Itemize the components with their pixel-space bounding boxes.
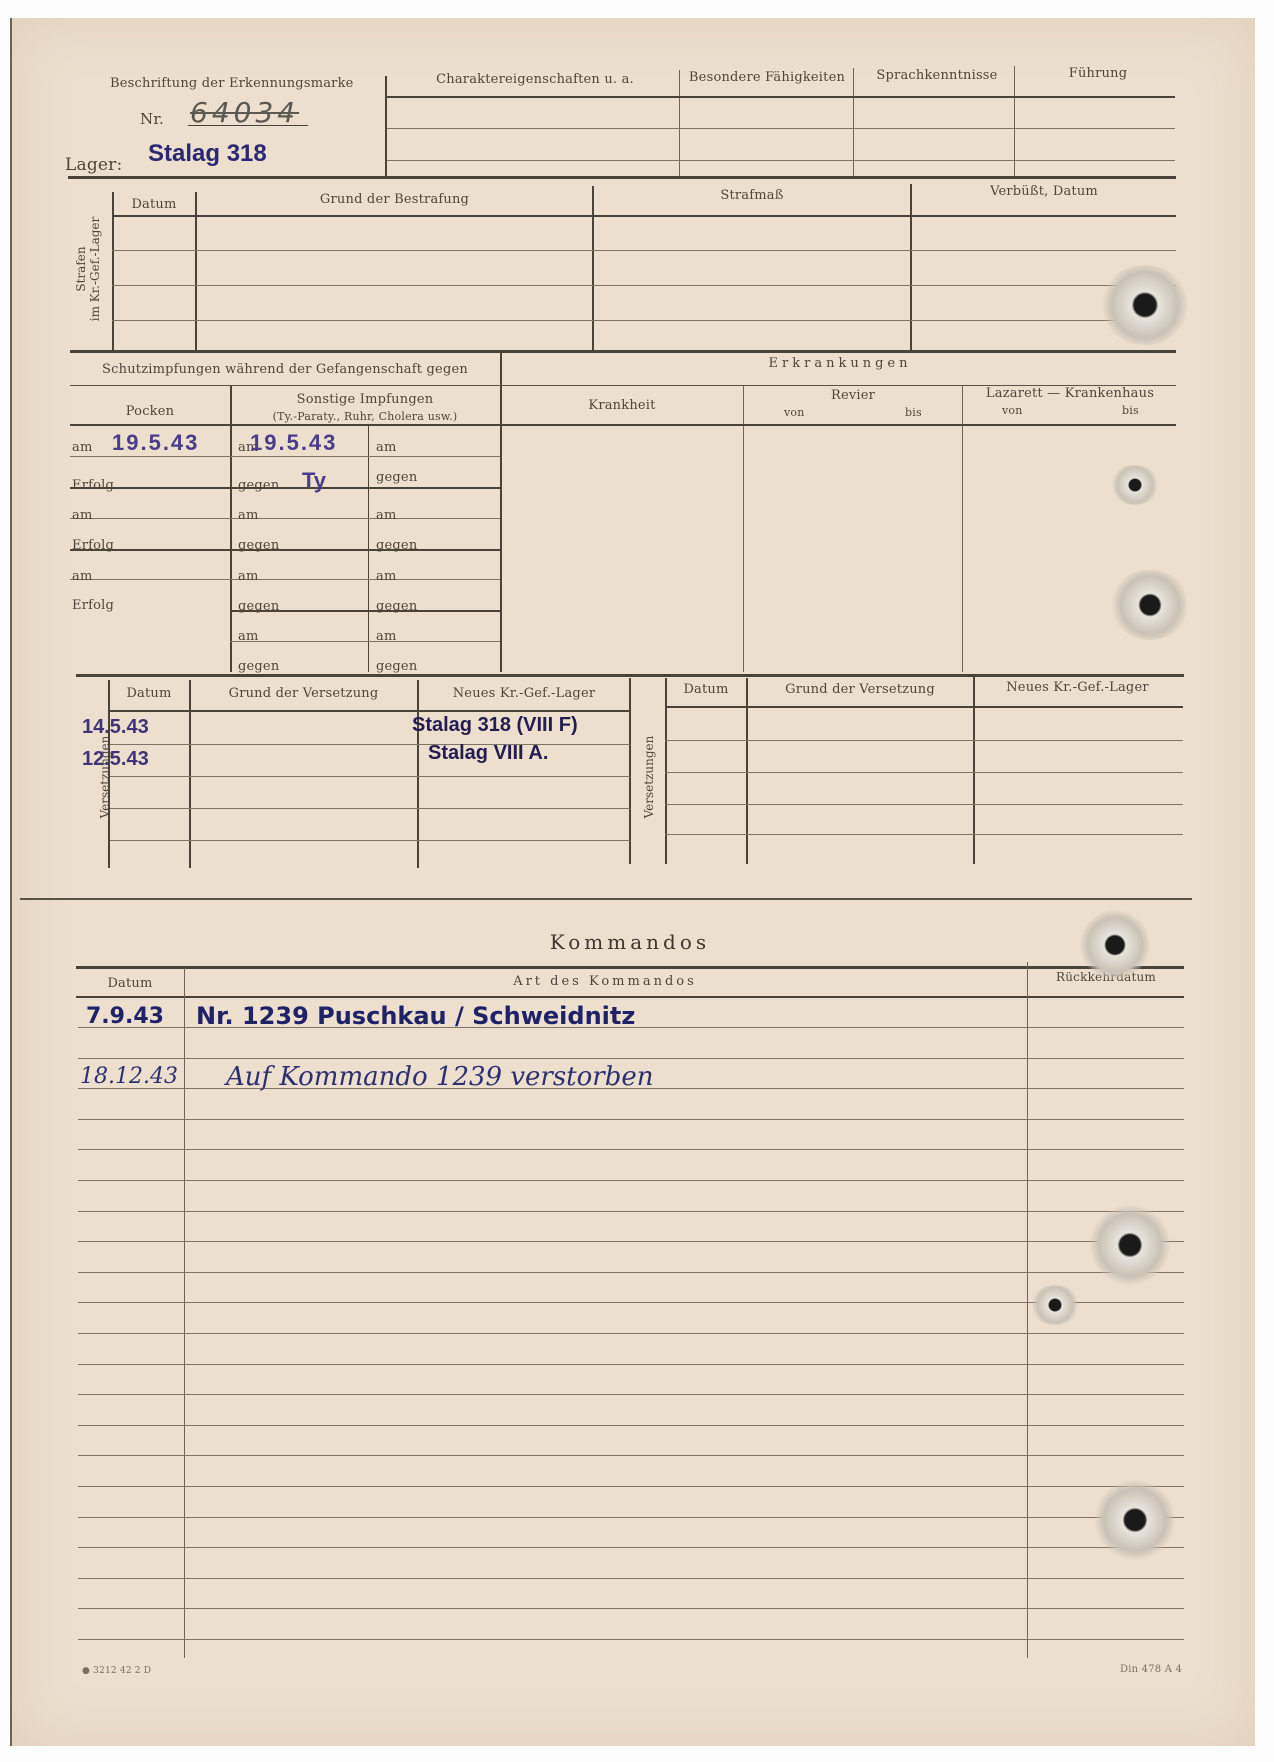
punishments-side-label: Strafenim Kr.-Gef.-Lager	[74, 209, 102, 329]
rule	[78, 1333, 1184, 1334]
transfer-date-stamp: 12.5.43	[82, 748, 149, 771]
vacc-b-row-label: am	[376, 508, 396, 523]
rule	[76, 966, 1184, 969]
rule	[78, 1364, 1184, 1365]
divider	[230, 386, 232, 672]
rule	[78, 1302, 1184, 1303]
divider	[743, 386, 744, 672]
rule	[110, 776, 630, 777]
transfer2-col-datum: Datum	[667, 682, 745, 697]
col-datum: Datum	[114, 197, 194, 212]
rule	[112, 320, 1176, 321]
divider	[910, 184, 912, 352]
vacc-b-row-label: am	[376, 569, 396, 584]
vacc-a-row-label: am	[238, 569, 258, 584]
transfer-col-reason: Grund der Versetzung	[191, 686, 416, 701]
vacc-a-type-stamp: Ty	[302, 468, 326, 494]
kommando-type: Auf Kommando 1239 verstorben	[226, 1062, 654, 1092]
rule	[78, 1119, 1184, 1120]
rule	[78, 1058, 1184, 1059]
rule	[110, 840, 630, 841]
rule	[78, 1272, 1184, 1273]
rule	[78, 1241, 1184, 1242]
pocken-row-label: am	[72, 508, 92, 523]
rule	[70, 456, 500, 457]
damage-hole	[1090, 1205, 1170, 1285]
rule	[70, 487, 500, 489]
kommando-col-datum: Datum	[78, 976, 182, 991]
kommando-date: 18.12.43	[80, 1064, 178, 1089]
vacc-a-row-label: am	[238, 629, 258, 644]
header-abilities: Besondere Fähigkeiten	[682, 70, 852, 85]
header-character: Charaktereigenschaften u. a.	[395, 72, 675, 87]
lager-label: Lager:	[65, 155, 122, 175]
rule	[387, 96, 1175, 98]
pocken-row-label: am	[72, 440, 92, 455]
vacc-b-row-label: am	[376, 440, 396, 455]
rule	[110, 808, 630, 809]
vacc-b-row-label: gegen	[376, 538, 417, 553]
lazarett-from: von	[1002, 404, 1023, 417]
divider	[853, 68, 854, 178]
lazarett-to: bis	[1122, 404, 1139, 417]
damage-hole	[1030, 1285, 1080, 1325]
pocken-date-stamp: 19.5.43	[112, 430, 199, 456]
pocken-row-label: Erfolg	[72, 538, 114, 553]
header-languages: Sprachkenntnisse	[857, 68, 1017, 83]
damage-hole	[1110, 570, 1190, 640]
rule	[76, 996, 1184, 998]
pocken-row-label: Erfolg	[72, 598, 114, 613]
transfer-date-stamp: 14.5.43	[82, 716, 149, 739]
rule	[112, 215, 1176, 217]
col-illness: Krankheit	[502, 398, 742, 413]
divider	[184, 968, 185, 1658]
rule	[70, 350, 1176, 353]
rule	[78, 1211, 1184, 1212]
rule	[70, 424, 1176, 426]
transfer-camp-stamp: Stalag VIII A.	[428, 742, 548, 765]
rule	[78, 1455, 1184, 1456]
damage-hole	[1095, 1480, 1175, 1560]
divider	[679, 70, 680, 178]
pocken-row-label: Erfolg	[72, 478, 114, 493]
rule	[78, 1517, 1184, 1518]
rule	[112, 285, 1176, 286]
rule	[76, 674, 1184, 677]
rule	[230, 641, 500, 642]
vacc-b-row-label: gegen	[376, 659, 417, 674]
kommando-type: Nr. 1239 Puschkau / Schweidnitz	[196, 1002, 635, 1030]
col-served: Verbüßt, Datum	[912, 184, 1176, 199]
transfers-side-label-right: Versetzungen	[642, 722, 656, 832]
divider	[629, 678, 631, 864]
vaccinations-title: Schutzimpfungen während der Gefangenscha…	[75, 362, 495, 377]
id-tag-label: Beschriftung der Erkennungsmarke	[110, 76, 354, 91]
rule	[78, 1639, 1184, 1640]
vacc-b-row-label: gegen	[376, 599, 417, 614]
col-reason: Grund der Bestrafung	[197, 192, 592, 207]
kommando-col-type: Art des Kommandos	[185, 974, 1025, 989]
transfer-col-datum: Datum	[110, 686, 188, 701]
rule	[665, 834, 1183, 835]
rule	[68, 176, 1176, 179]
transfer-camp-stamp: Stalag 318 (VIII F)	[412, 714, 578, 737]
rule	[110, 744, 630, 745]
damage-hole	[1100, 265, 1190, 345]
kommando-date: 7.9.43	[86, 1004, 164, 1029]
damage-hole	[1110, 465, 1160, 505]
rule	[78, 1486, 1184, 1487]
col-revier: Revier	[745, 388, 961, 403]
illnesses-title: Erkrankungen	[505, 356, 1175, 371]
rule	[110, 710, 630, 712]
rule	[78, 1180, 1184, 1181]
rule	[665, 706, 1183, 708]
vacc-a-row-label: gegen	[238, 478, 279, 493]
rule	[70, 549, 500, 551]
nr-strike-line	[188, 125, 308, 126]
divider	[1027, 962, 1028, 1658]
revier-from: von	[784, 406, 805, 419]
divider	[962, 386, 963, 672]
col-measure: Strafmaß	[594, 188, 910, 203]
fold-line	[20, 898, 1192, 900]
rule	[78, 1394, 1184, 1395]
vacc-a-row-label: gegen	[238, 599, 279, 614]
rule	[70, 579, 500, 580]
vacc-b-row-label: am	[376, 629, 396, 644]
transfer2-col-reason: Grund der Versetzung	[748, 682, 972, 697]
vacc-b-row-label: gegen	[376, 470, 417, 485]
rule	[70, 518, 500, 519]
transfer2-col-camp: Neues Kr.-Gef.-Lager	[975, 680, 1180, 695]
vacc-a-date-stamp: 19.5.43	[250, 430, 337, 456]
rule	[665, 772, 1183, 773]
divider	[385, 76, 387, 178]
rule	[78, 1149, 1184, 1150]
col-lazarett: Lazarett — Krankenhaus	[964, 386, 1176, 401]
damage-hole	[1080, 910, 1150, 980]
revier-to: bis	[905, 406, 922, 419]
col-pocken: Pocken	[72, 404, 228, 419]
rule	[78, 1608, 1184, 1609]
rule	[78, 1578, 1184, 1579]
rule	[78, 1547, 1184, 1548]
transfer-col-camp: Neues Kr.-Gef.-Lager	[419, 686, 629, 701]
vacc-a-row-label: gegen	[238, 538, 279, 553]
nr-label: Nr.	[140, 110, 164, 128]
vacc-a-row-label: gegen	[238, 659, 279, 674]
divider	[1014, 66, 1015, 178]
rule	[387, 128, 1175, 129]
din-label: Din 478 A 4	[1120, 1664, 1182, 1675]
vacc-a-row-label: am	[238, 508, 258, 523]
pocken-row-label: am	[72, 569, 92, 584]
col-other-vacc: Sonstige Impfungen	[232, 392, 498, 407]
print-code: ● 3212 42 2 D	[82, 1666, 151, 1676]
divider	[973, 676, 975, 864]
divider	[592, 186, 594, 352]
lager-value: Stalag 318	[148, 140, 267, 168]
header-conduct: Führung	[1018, 66, 1178, 81]
rule	[387, 160, 1175, 161]
kommandos-title: Kommandos	[380, 930, 880, 954]
rule	[112, 250, 1176, 251]
rule	[665, 804, 1183, 805]
rule	[665, 740, 1183, 741]
col-other-vacc-sub: (Ty.-Paraty., Ruhr, Cholera usw.)	[232, 410, 498, 423]
rule	[78, 1425, 1184, 1426]
